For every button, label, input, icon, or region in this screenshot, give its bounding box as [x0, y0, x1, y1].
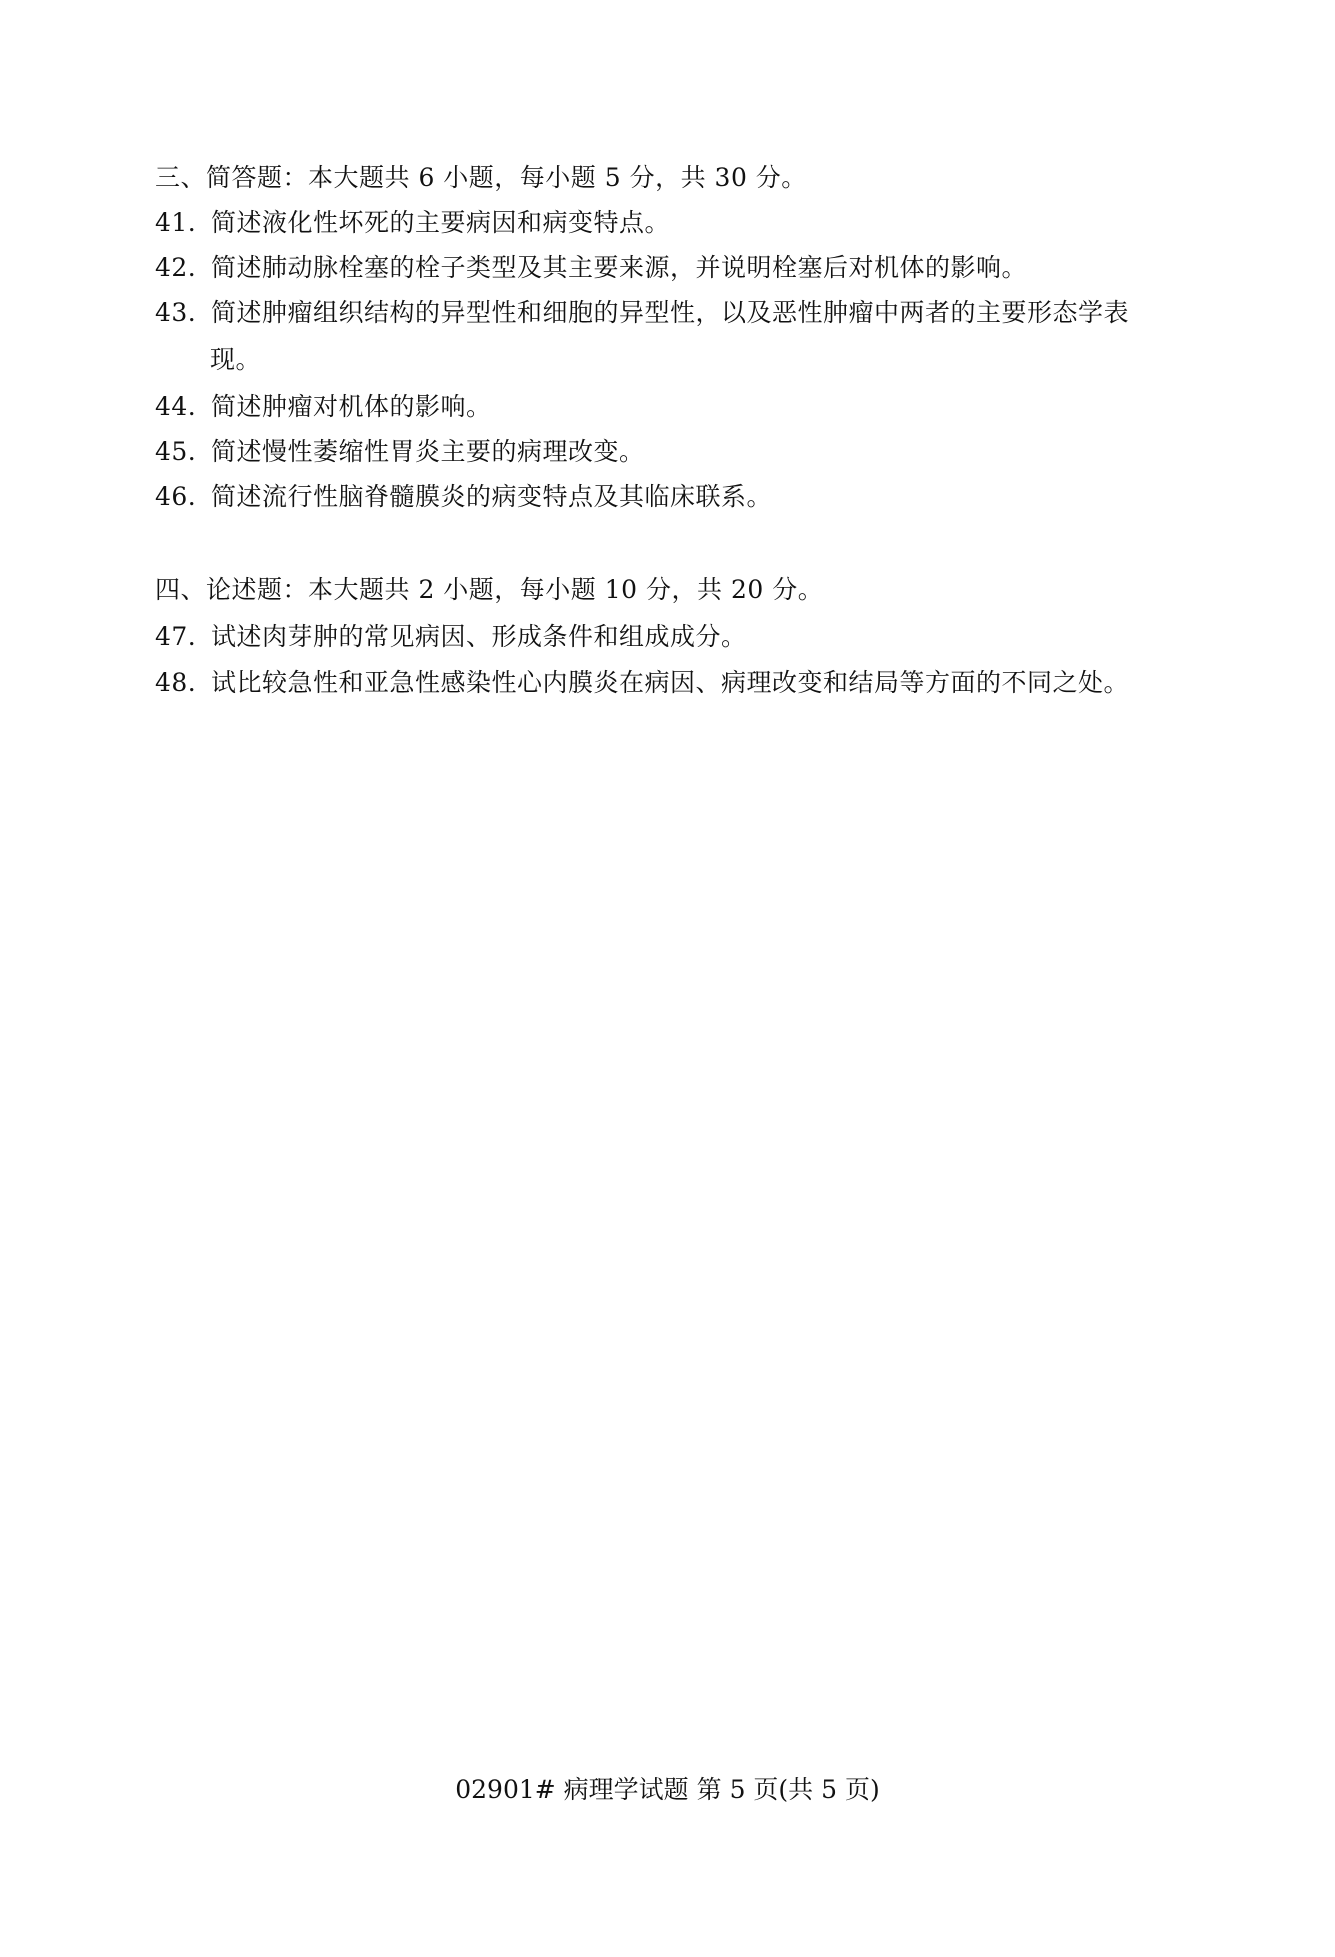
- question-number: 41.: [155, 208, 211, 238]
- question-text: 简述流行性脑脊髓膜炎的病变特点及其临床联系。: [211, 482, 772, 511]
- section-heading-short-answer: 三、简答题：本大题共 6 小题，每小题 5 分，共 30 分。: [155, 163, 807, 193]
- question-text: 简述肿瘤组织结构的异型性和细胞的异型性，以及恶性肿瘤中两者的主要形态学表: [211, 298, 1129, 327]
- question-43: 43.简述肿瘤组织结构的异型性和细胞的异型性，以及恶性肿瘤中两者的主要形态学表: [155, 298, 1129, 328]
- page-footer: 02901# 病理学试题 第 5 页(共 5 页): [0, 1775, 1335, 1805]
- question-45: 45.简述慢性萎缩性胃炎主要的病理改变。: [155, 437, 645, 467]
- question-48: 48.试比较急性和亚急性感染性心内膜炎在病因、病理改变和结局等方面的不同之处。: [155, 668, 1129, 698]
- question-text: 简述液化性坏死的主要病因和病变特点。: [211, 208, 670, 237]
- question-43-continuation: 现。: [210, 345, 261, 375]
- question-44: 44.简述肿瘤对机体的影响。: [155, 392, 492, 422]
- question-number: 45.: [155, 437, 211, 467]
- question-text: 试比较急性和亚急性感染性心内膜炎在病因、病理改变和结局等方面的不同之处。: [211, 668, 1129, 697]
- section-heading-essay: 四、论述题：本大题共 2 小题，每小题 10 分，共 20 分。: [155, 575, 823, 605]
- question-number: 47.: [155, 622, 211, 652]
- question-text: 简述慢性萎缩性胃炎主要的病理改变。: [211, 437, 645, 466]
- question-46: 46.简述流行性脑脊髓膜炎的病变特点及其临床联系。: [155, 482, 772, 512]
- exam-page: 三、简答题：本大题共 6 小题，每小题 5 分，共 30 分。 41.简述液化性…: [0, 0, 1335, 1957]
- question-text: 简述肿瘤对机体的影响。: [211, 392, 492, 421]
- question-text: 简述肺动脉栓塞的栓子类型及其主要来源，并说明栓塞后对机体的影响。: [211, 253, 1027, 282]
- question-number: 48.: [155, 668, 211, 698]
- question-47: 47.试述肉芽肿的常见病因、形成条件和组成成分。: [155, 622, 747, 652]
- question-42: 42.简述肺动脉栓塞的栓子类型及其主要来源，并说明栓塞后对机体的影响。: [155, 253, 1027, 283]
- question-number: 44.: [155, 392, 211, 422]
- question-number: 43.: [155, 298, 211, 328]
- question-41: 41.简述液化性坏死的主要病因和病变特点。: [155, 208, 670, 238]
- question-number: 46.: [155, 482, 211, 512]
- question-number: 42.: [155, 253, 211, 283]
- question-text: 试述肉芽肿的常见病因、形成条件和组成成分。: [211, 622, 747, 651]
